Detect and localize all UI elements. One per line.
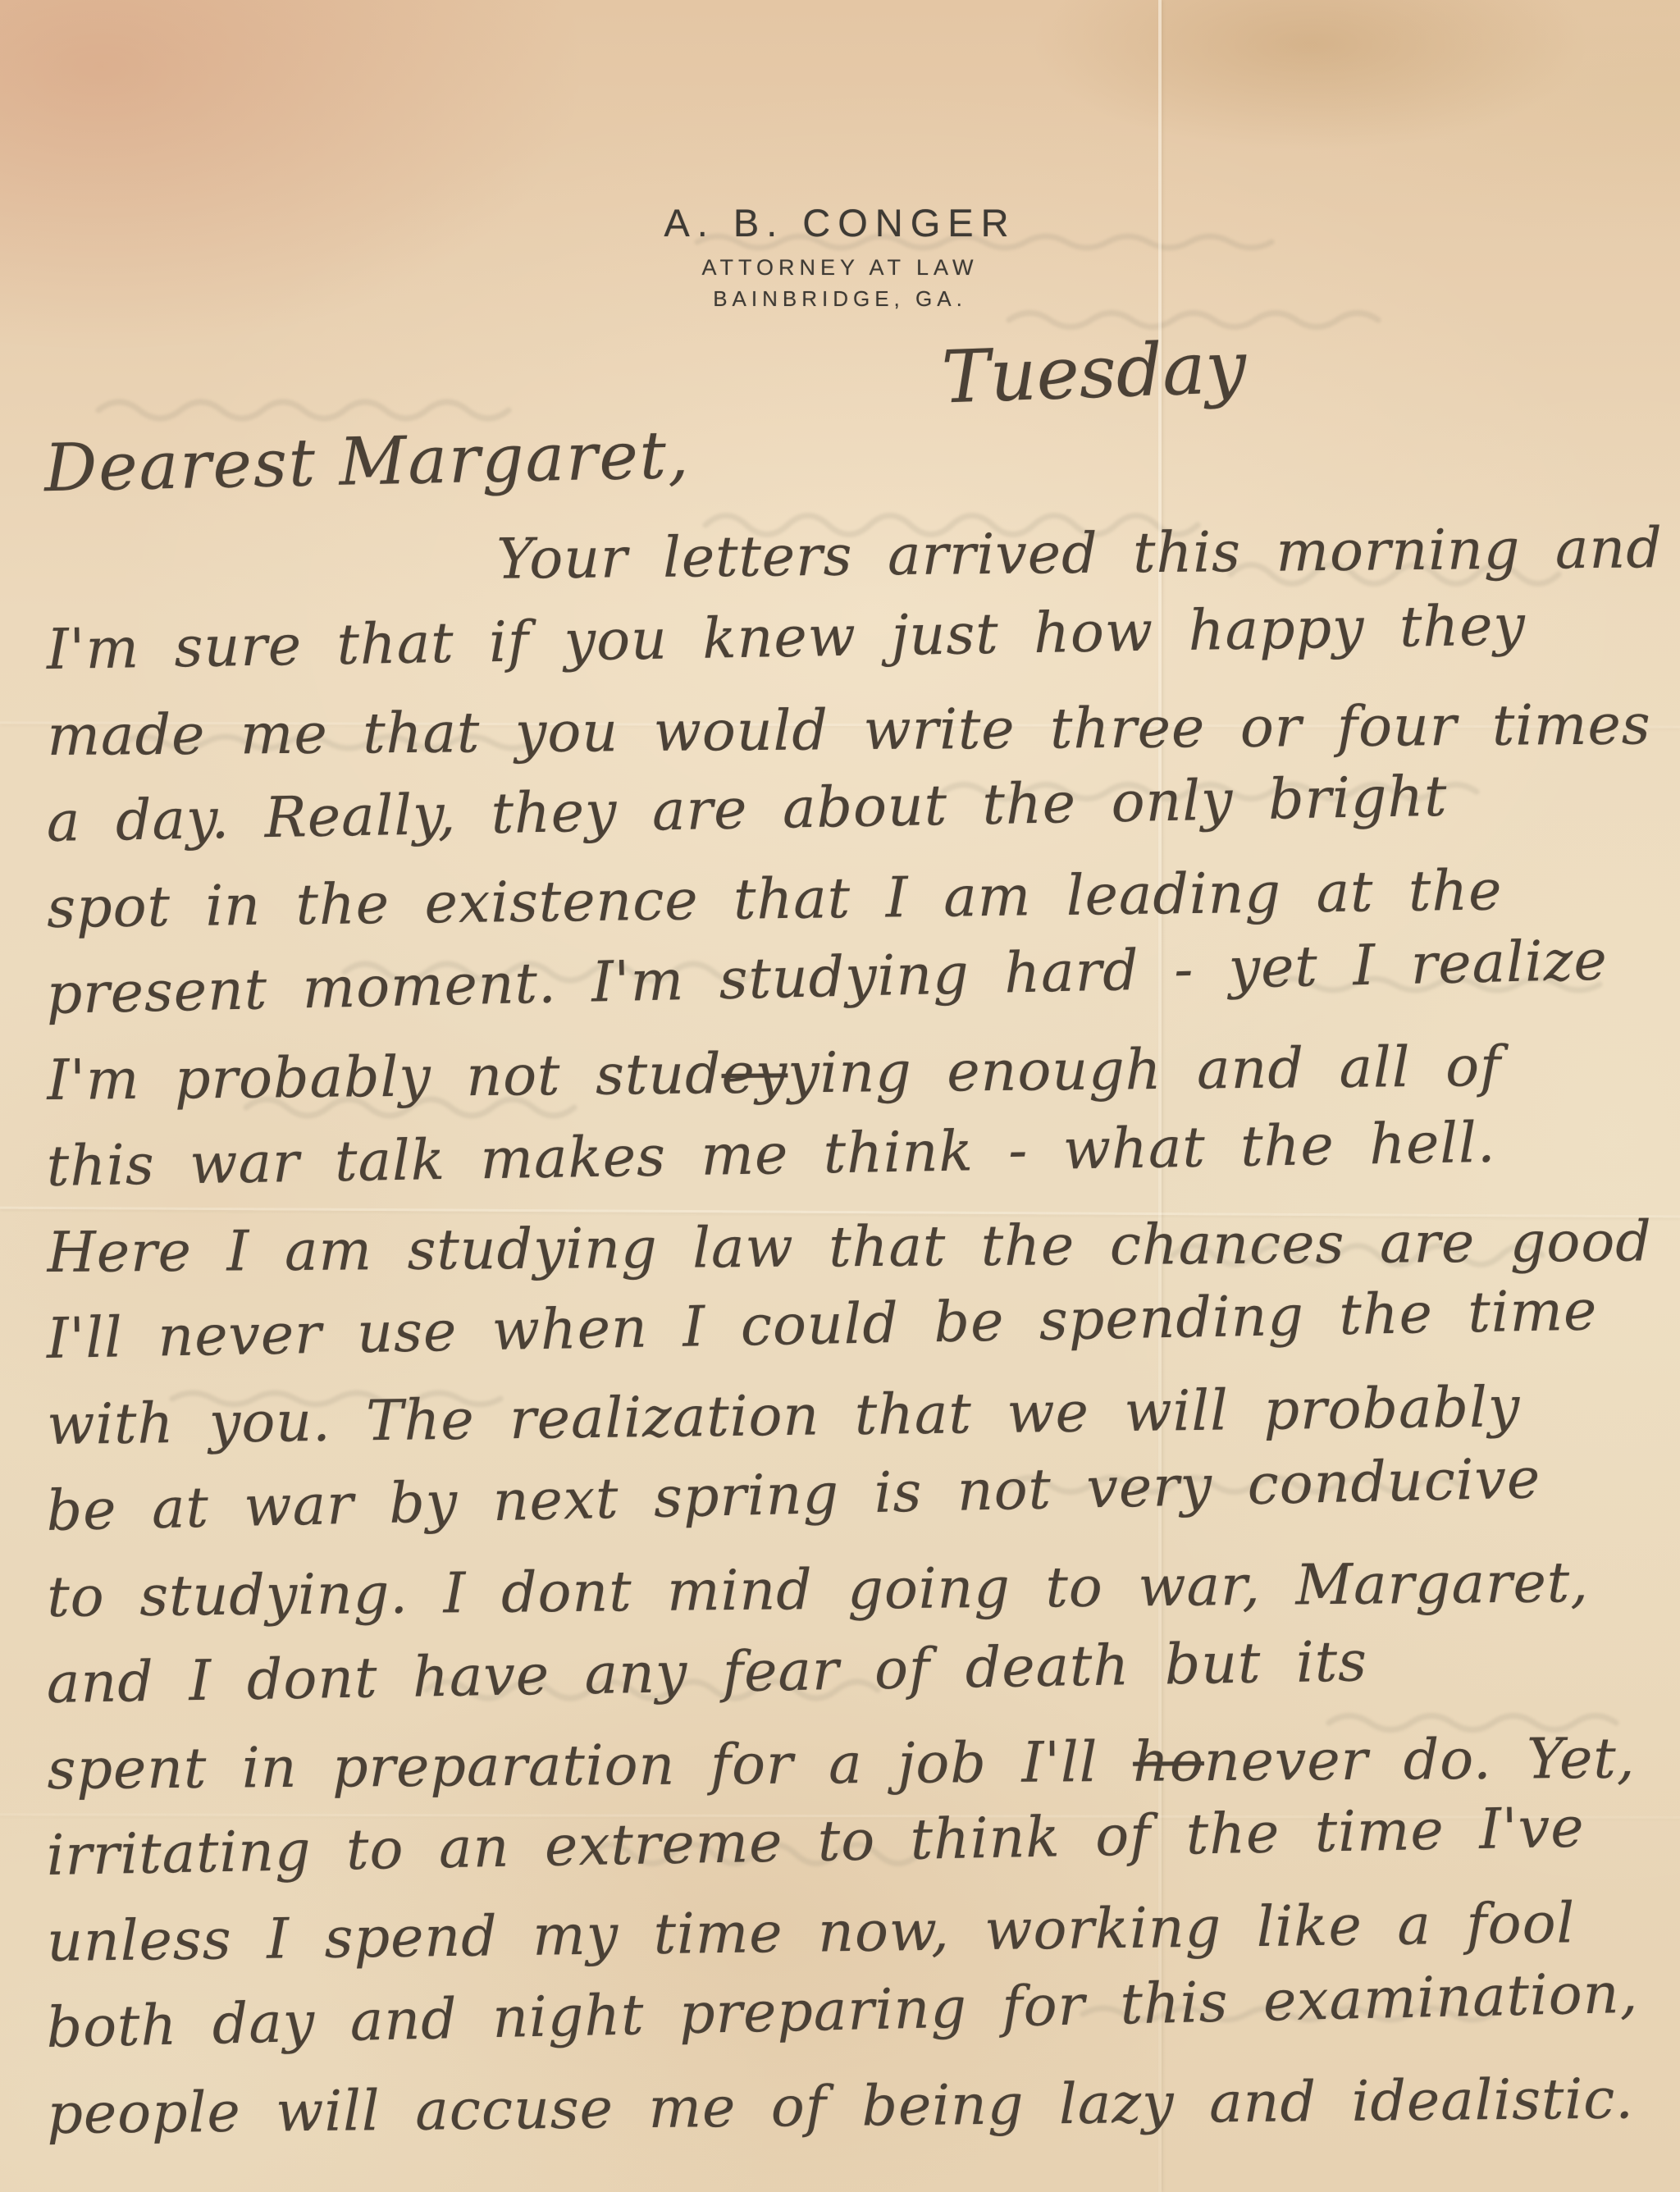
letter-line: people will accuse me of being lazy and … [47, 2066, 1634, 2167]
struck-word: ey [721, 1041, 787, 1107]
line-segment: spent in preparation for a job I'll [47, 1730, 1133, 1802]
struck-word: ho [1133, 1729, 1204, 1795]
line-segment: never do. Yet, [1204, 1726, 1636, 1794]
scanned-letter-page: A. B. CONGER ATTORNEY AT LAW BAINBRIDGE,… [0, 0, 1680, 2192]
line-segment: I'm probably not stud [47, 1042, 722, 1113]
letter-body: Your letters arrived this morning andI'm… [0, 0, 1680, 2192]
line-segment: ying enough and all of [787, 1034, 1502, 1106]
